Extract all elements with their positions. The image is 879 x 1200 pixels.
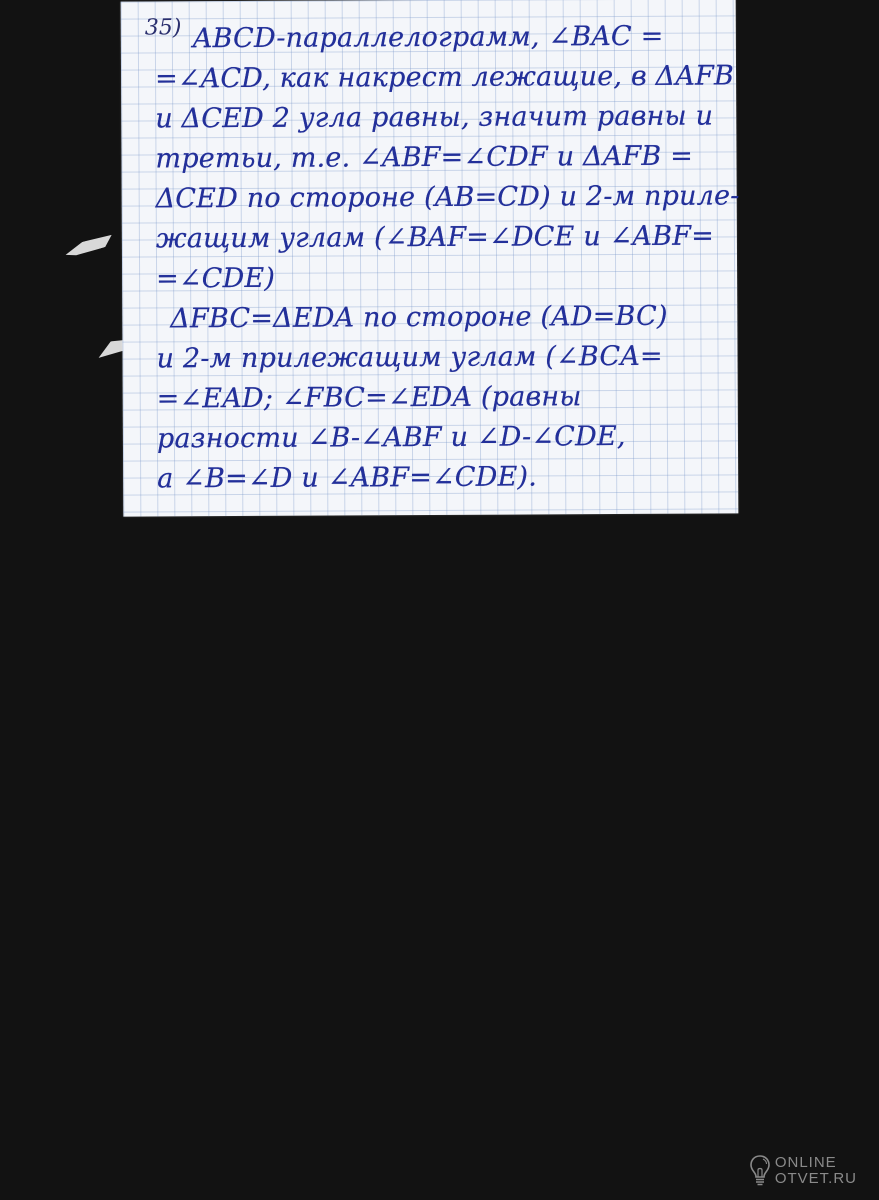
text-line: =∠CDE) — [156, 256, 721, 299]
text-line: жащим углам (∠BAF=∠DCE и ∠ABF= — [156, 216, 721, 259]
text-line: и ΔCED 2 угла равны, значит равны и — [155, 96, 720, 139]
torn-paper-scrap — [63, 233, 114, 260]
text-line: =∠EAD; ∠FBC=∠EDA (равны — [157, 376, 722, 419]
watermark-logo: ONLINE OTVET.RU — [749, 1154, 857, 1188]
text-line: разности ∠B-∠ABF и ∠D-∠CDE, — [157, 416, 722, 459]
text-line: ABCD-параллелограмм, ∠BAC = — [155, 16, 720, 59]
watermark-line-2: OTVET.RU — [775, 1171, 857, 1187]
notebook-page: 35) ABCD-параллелограмм, ∠BAC = =∠ACD, к… — [121, 0, 739, 517]
text-line: а ∠B=∠D и ∠ABF=∠CDE). — [157, 456, 722, 499]
watermark-line-1: ONLINE — [775, 1155, 857, 1171]
text-line: ΔFBC=ΔEDA по стороне (AD=BC) — [156, 296, 721, 339]
handwritten-text: ABCD-параллелограмм, ∠BAC = =∠ACD, как н… — [155, 16, 723, 499]
text-line: третьи, т.е. ∠ABF=∠CDF и ΔAFB = — [155, 136, 720, 179]
lightbulb-icon — [749, 1154, 771, 1188]
text-line: ΔCED по стороне (AB=CD) и 2-м приле- — [156, 176, 721, 219]
text-line: и 2-м прилежащим углам (∠BCA= — [156, 336, 721, 379]
text-line: =∠ACD, как накрест лежащие, в ΔAFB — [155, 56, 720, 99]
